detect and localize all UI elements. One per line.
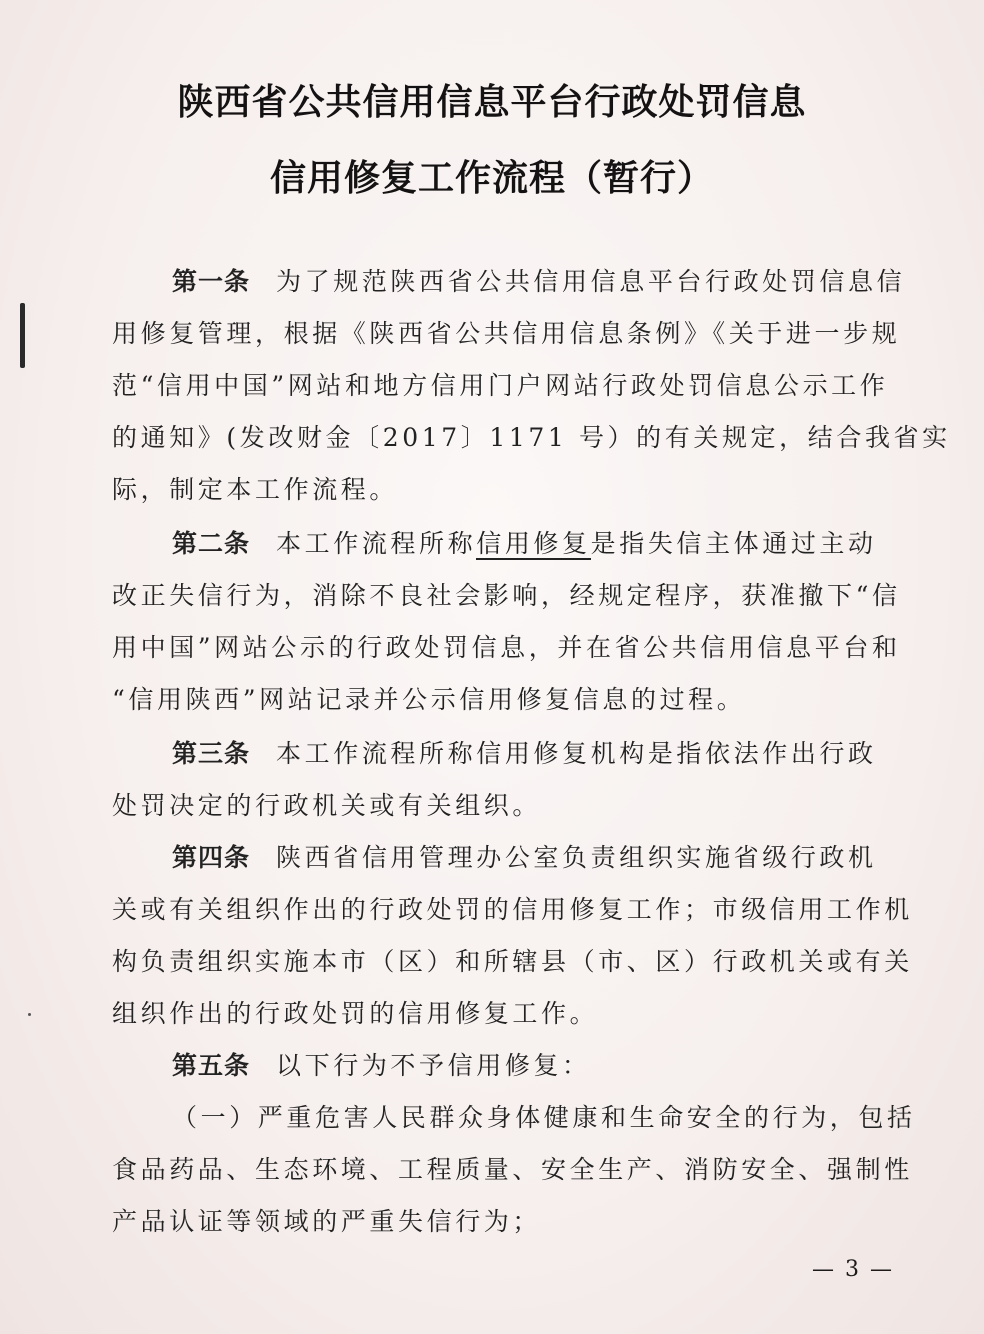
article-2-line-4: “信用陕西”网站记录并公示信用修复信息的过程。 xyxy=(112,680,882,716)
article-label: 第四条 xyxy=(172,843,250,872)
article-1-line-3: 范“信用中国”网站和地方信用门户网站行政处罚信息公示工作 xyxy=(112,366,882,402)
article-4-line-2: 关或有关组织作出的行政处罚的信用修复工作；市级信用工作机 xyxy=(112,890,882,926)
article-1-line-5: 际，制定本工作流程。 xyxy=(112,470,882,506)
article-2-line-2: 改正失信行为，消除不良社会影响，经规定程序，获准撤下“信 xyxy=(112,576,882,612)
article-1-line-4: 的通知》(发改财金〔2017〕1171 号）的有关规定，结合我省实 xyxy=(112,418,882,454)
article-4-line-1: 第四条陕西省信用管理办公室负责组织实施省级行政机 xyxy=(172,838,942,874)
article-1-line-1: 第一条为了规范陕西省公共信用信息平台行政处罚信息信 xyxy=(172,262,942,298)
clause-1-line-1: （一）严重危害人民群众身体健康和生命安全的行为，包括 xyxy=(172,1098,942,1134)
article-2-line-3: 用中国”网站公示的行政处罚信息，并在省公共信用信息平台和 xyxy=(112,628,882,664)
article-label: 第一条 xyxy=(172,267,250,296)
article-1-line-2: 用修复管理，根据《陕西省公共信用信息条例》《关于进一步规 xyxy=(112,314,882,350)
underlined-term: 信用修复 xyxy=(476,529,590,560)
article-label: 第五条 xyxy=(172,1051,250,1080)
article-4-line-3: 构负责组织实施本市（区）和所辖县（市、区）行政机关或有关 xyxy=(112,942,882,978)
article-2-line-1: 第二条本工作流程所称信用修复是指失信主体通过主动 xyxy=(172,524,942,560)
document-title-line-1: 陕西省公共信用信息平台行政处罚信息 xyxy=(0,74,984,125)
page-number: — 3 — xyxy=(812,1257,894,1282)
article-4-line-4: 组织作出的行政处罚的信用修复工作。 xyxy=(112,994,882,1030)
article-3-line-1: 第三条本工作流程所称信用修复机构是指依法作出行政 xyxy=(172,734,942,770)
scan-speck xyxy=(28,1013,31,1016)
article-3-line-2: 处罚决定的行政机关或有关组织。 xyxy=(112,786,882,822)
article-label: 第三条 xyxy=(172,739,250,768)
clause-1-line-3: 产品认证等领域的严重失信行为； xyxy=(112,1202,882,1238)
document-title-line-2: 信用修复工作流程（暂行） xyxy=(0,150,984,201)
binding-mark xyxy=(20,303,25,368)
article-5-line-1: 第五条以下行为不予信用修复： xyxy=(172,1046,942,1082)
clause-1-line-2: 食品药品、生态环境、工程质量、安全生产、消防安全、强制性 xyxy=(112,1150,882,1186)
article-label: 第二条 xyxy=(172,529,250,558)
document-page: 陕西省公共信用信息平台行政处罚信息 信用修复工作流程（暂行） 第一条为了规范陕西… xyxy=(0,0,984,1334)
